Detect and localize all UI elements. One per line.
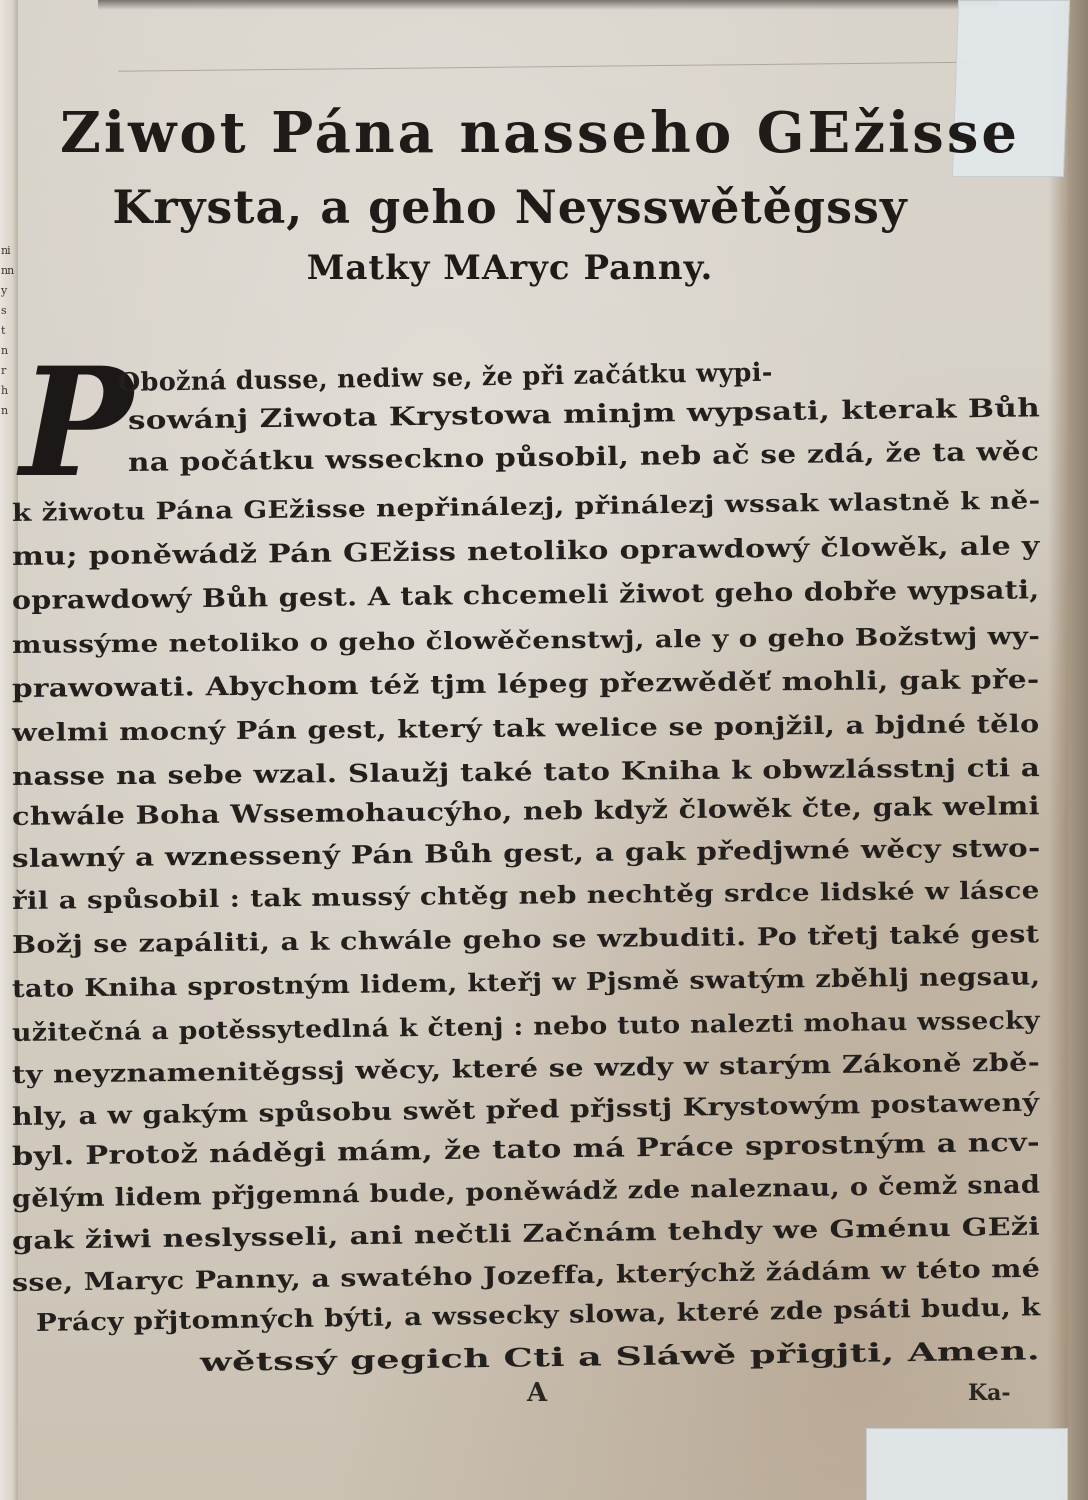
page-signature: A (527, 1378, 547, 1408)
title-line-3: Matky MAryc Panny. (30, 246, 990, 290)
catchword: Ka- (968, 1380, 1011, 1406)
page-fore-edge (1068, 0, 1088, 1500)
title-line-2: Krysta, a geho Neysswětěgssy (30, 178, 990, 236)
repair-tape-bottom (866, 1428, 1068, 1500)
title-line-1: Ziwot Pána nasseho GEžisse (60, 98, 1020, 168)
fold-crease (118, 61, 1018, 71)
drop-cap: P (20, 358, 133, 488)
